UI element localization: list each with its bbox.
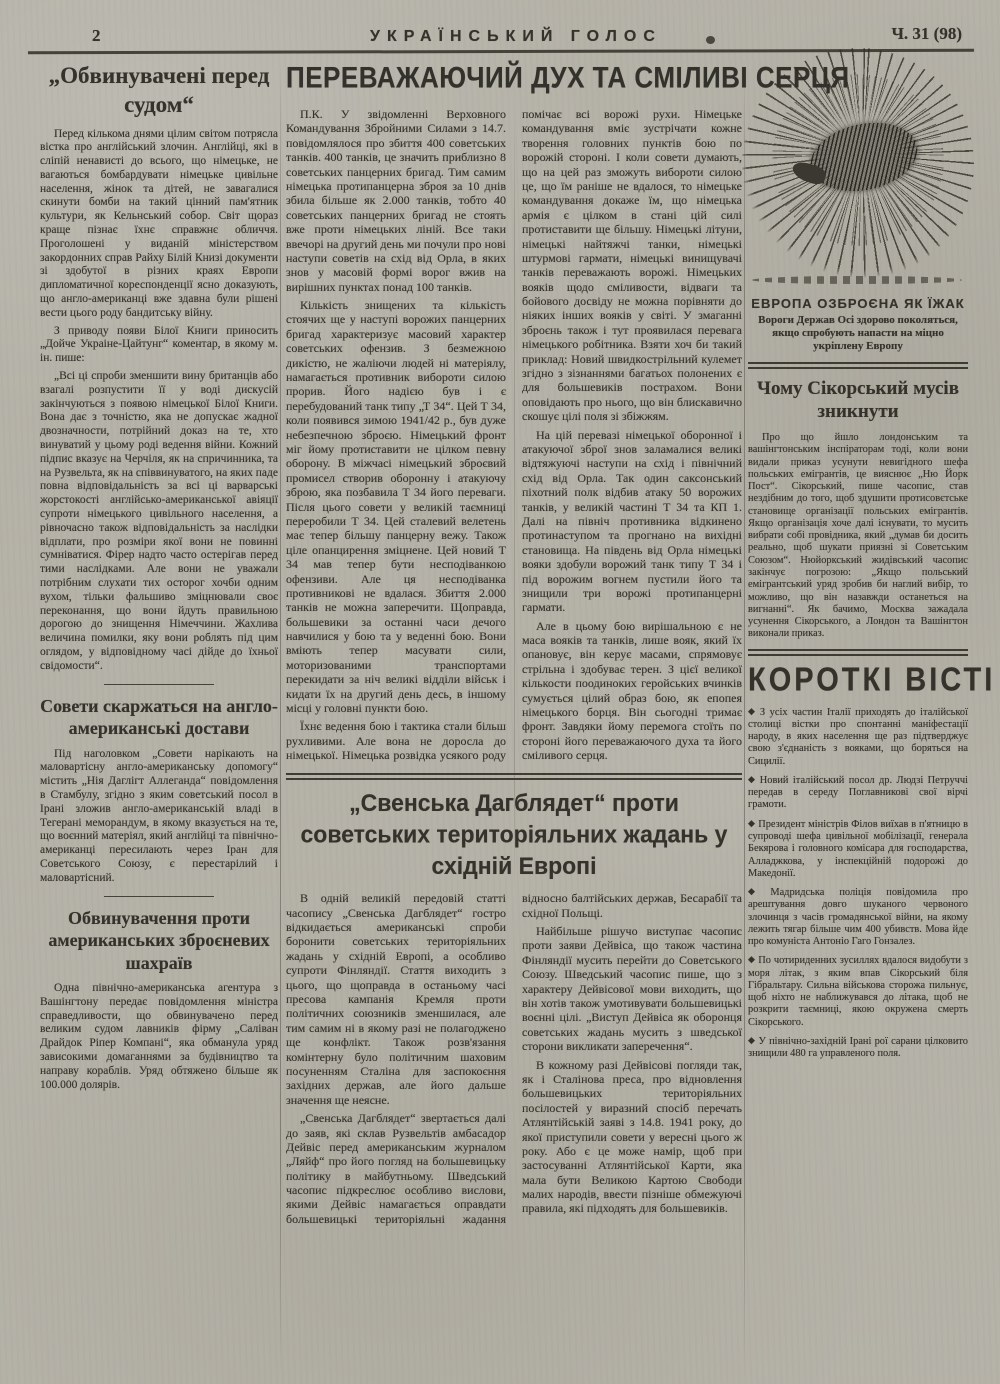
news-item: ◆По чотириденних зусиллях вдалося видобу… [748, 955, 968, 1029]
diamond-bullet-icon: ◆ [748, 954, 755, 964]
paragraph: Одна північно-американська агентура з Ва… [40, 982, 278, 1092]
paragraph: „Всі ці спроби зменшити вину британців а… [40, 370, 278, 674]
main-article-body: П.К. У звідомленні Верховного Командуван… [286, 107, 742, 765]
news-item: ◆Новий італійський посол др. Людзі Петру… [748, 775, 968, 812]
svenska-headline: „Свенська Дагблядет“ проти советських те… [290, 787, 738, 881]
article-title: „Обвинувачені перед судом“ [40, 62, 278, 120]
svenska-article-body: В одній великій передовій статті часопис… [286, 891, 742, 1226]
paragraph: На цій перевазі німецької оборонної і ат… [522, 428, 742, 615]
diamond-bullet-icon: ◆ [748, 886, 767, 896]
paragraph: В кожному разі Дейвісові погляди так, як… [522, 1058, 742, 1216]
diamond-bullet-icon: ◆ [748, 818, 755, 828]
article-title: Обвинувачення проти американських зброєн… [40, 907, 278, 975]
paragraph: Про що йшло лондонським та вашінгтонськи… [748, 432, 968, 641]
diamond-bullet-icon: ◆ [748, 706, 757, 716]
diamond-bullet-icon: ◆ [748, 774, 757, 784]
masthead-title: УКРАЇНСЬКИЙ ГОЛОС [370, 28, 660, 46]
news-item: ◆Президент міністрів Філов виїхав в п'ят… [748, 819, 968, 880]
article-soviets-complain: Совети скаржаться на англо-американські … [40, 695, 278, 897]
news-item: ◆З усіх частин Італії приходять до італі… [748, 707, 968, 768]
section-divider [748, 649, 968, 656]
column-divider [744, 60, 745, 1370]
ink-dot-decoration [706, 36, 715, 44]
news-item: ◆У північно-західній Ірані рої сарани ці… [748, 1036, 968, 1061]
issue-number: Ч. 31 (98) [891, 24, 962, 44]
europe-hedgehog-cartoon [748, 52, 968, 290]
ground-hatching [752, 276, 962, 284]
paragraph: Але в цьому бою вирішальною є не маса во… [522, 619, 742, 763]
main-section: ПЕРЕВАЖАЮЧИЙ ДУХ ТА СМІЛИВІ СЕРЦЯ П.К. У… [286, 62, 742, 1226]
article-divider [286, 773, 742, 780]
news-item-text: Мадридська поліція повідомила про арешту… [748, 887, 968, 947]
section-divider [104, 684, 214, 685]
article-accused: „Обвинувачені перед судом“ Перед кільком… [40, 62, 278, 685]
page-number: 2 [92, 26, 101, 46]
paragraph: Під наголовком „Совети нарікають на мало… [40, 748, 278, 886]
left-column: „Обвинувачені перед судом“ Перед кільком… [40, 62, 278, 1096]
article-title: Совети скаржаться на англо-американські … [40, 695, 278, 740]
paragraph: З приводу появи Білої Книги приносить „Д… [40, 325, 278, 366]
news-item-text: По чотириденних зусиллях вдалося видобут… [748, 955, 968, 1027]
section-divider [748, 362, 968, 369]
news-item-text: Новий італійський посол др. Людзі Петруч… [748, 775, 968, 811]
main-headline: ПЕРЕВАЖАЮЧИЙ ДУХ ТА СМІЛИВІ СЕРЦЯ [286, 60, 742, 96]
news-item-text: У північно-західній Ірані рої сарани ціл… [748, 1036, 968, 1059]
cartoon-caption-title: ЕВРОПА ОЗБРОЄНА ЯК ЇЖАК [748, 296, 968, 311]
paragraph: В одній великій передовій статті часопис… [286, 891, 506, 1107]
column-divider [280, 60, 281, 1370]
right-column: ЕВРОПА ОЗБРОЄНА ЯК ЇЖАК Вороги Держав Ос… [748, 52, 968, 1067]
article-accusations-us: Обвинувачення проти американських зброєн… [40, 907, 278, 1093]
paragraph: Перед кількома днями цілим світом потряс… [40, 128, 278, 321]
newspaper-page: 2 УКРАЇНСЬКИЙ ГОЛОС Ч. 31 (98) „Обвинува… [0, 0, 1000, 1384]
cartoon-caption-text: Вороги Держав Осі здорово поколяться, як… [752, 314, 964, 354]
section-divider [104, 896, 214, 897]
sikorsky-article-title: Чому Сікорський мусів зникнути [748, 377, 968, 425]
news-item-text: З усіх частин Італії приходять до італій… [748, 707, 968, 767]
short-news-title: КОРОТКІ ВІСТІ [748, 661, 968, 699]
news-item: ◆Мадридська поліція повідомила про арешт… [748, 887, 968, 948]
paragraph: Кількість знищених та кількість стоячих … [286, 298, 506, 715]
paragraph: П.К. У звідомленні Верховного Командуван… [286, 107, 506, 294]
paragraph: Найбільше рішучо виступає часопис проти … [522, 924, 742, 1054]
news-item-text: Президент міністрів Філов виїхав в п'ятн… [748, 819, 968, 879]
diamond-bullet-icon: ◆ [748, 1035, 756, 1045]
